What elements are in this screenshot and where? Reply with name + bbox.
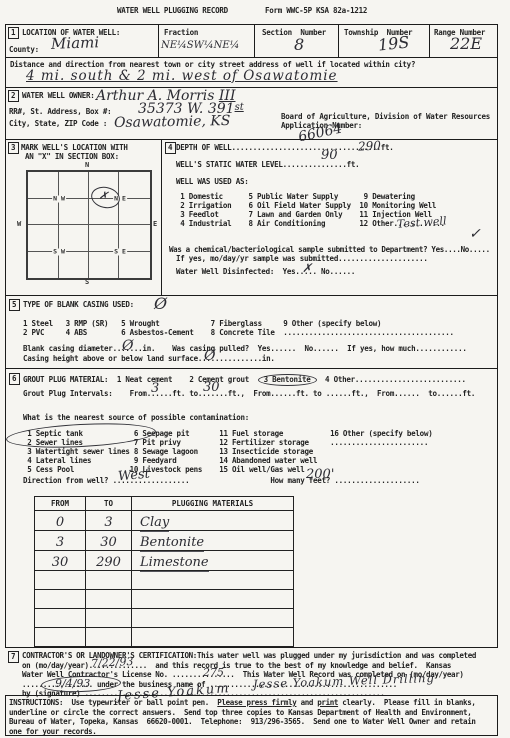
date-completed-value: 9/4/93 xyxy=(55,678,90,689)
instructions-underline-2: print xyxy=(317,698,338,707)
instructions-box: INSTRUCTIONS: Use typewriter or ball poi… xyxy=(5,695,498,736)
section-6-badge: 6 xyxy=(9,373,20,385)
distance-answer: 4 mi. south & 2 mi. west of Osawatomie xyxy=(26,70,338,84)
plugging-materials-table: FROM TO PLUGGING MATERIALS 0 3 Clay 3 30… xyxy=(34,496,294,647)
application-number-label: Application Number: xyxy=(281,121,362,131)
instructions-line-3: Bureau of Water, Topeka, Kansas 66620-00… xyxy=(9,717,476,727)
table-row xyxy=(35,571,294,590)
height-none-mark: Ø xyxy=(204,349,215,363)
section-7-badge: 7 xyxy=(8,651,19,663)
sample-no-mark: ✓ xyxy=(469,227,481,241)
section-map-depth: 3 MARK WELL'S LOCATION WITH AN "X" IN SE… xyxy=(5,139,498,296)
cell-from: 3 xyxy=(56,535,64,550)
contamination-row-5: 5 Cess Pool 10 Livestock pens 15 Oil wel… xyxy=(23,465,305,475)
table-row xyxy=(35,590,294,609)
casing-diameter-line: Blank casing diameter.......in. Was casi… xyxy=(23,344,467,354)
grid-label-nw: N W xyxy=(52,196,66,203)
interval-from-value: 3 xyxy=(151,382,159,395)
license-number-value: 275 xyxy=(203,667,224,678)
range-value: 22E xyxy=(450,36,482,52)
cell-to: 290 xyxy=(96,555,121,570)
compass-east: E xyxy=(153,220,157,228)
date-plugged-value: 7/22/93 xyxy=(91,656,134,669)
used-as-other-value: Test well xyxy=(397,215,447,229)
used-as-label: WELL WAS USED AS: xyxy=(176,177,249,187)
grid-line xyxy=(58,172,59,278)
fraction-label: Fraction xyxy=(164,28,198,38)
well-location-mark: ✗ xyxy=(98,189,109,201)
cell-material: Bentonite xyxy=(140,535,204,552)
map-title-2: AN "X" IN SECTION BOX: xyxy=(25,152,119,162)
address-label: RR#, St. Address, Box #: xyxy=(9,107,111,117)
city-label: City, State, ZIP Code : xyxy=(9,119,107,129)
section-3-badge: 3 xyxy=(8,142,19,154)
scanned-form-page: WATER WELL PLUGGING RECORD Form WWC-5P K… xyxy=(0,0,510,738)
city-value: Osawatomie, KS xyxy=(114,114,231,130)
header-materials: PLUGGING MATERIALS xyxy=(132,497,294,511)
owner-label: WATER WELL OWNER: xyxy=(22,91,95,101)
static-level-value: 90 xyxy=(321,149,338,162)
compass-north: N xyxy=(85,161,89,169)
divider xyxy=(429,25,430,57)
form-title: WATER WELL PLUGGING RECORD xyxy=(117,6,228,16)
header-to: TO xyxy=(86,497,132,511)
table-row xyxy=(35,628,294,647)
county-value: Miami xyxy=(51,35,100,52)
diameter-none-mark: Ø xyxy=(122,339,133,353)
section-map-box: 3 MARK WELL'S LOCATION WITH AN "X" IN SE… xyxy=(6,140,162,295)
cell-from: 30 xyxy=(52,555,69,570)
table-header-row: FROM TO PLUGGING MATERIALS xyxy=(35,497,294,511)
grid-line xyxy=(118,172,119,278)
grout-material-line: GROUT PLUG MATERIAL: 1 Neat cement 2 Cem… xyxy=(23,375,466,385)
direction-feet-line: Direction from well? .................. … xyxy=(23,476,420,486)
compass-south: S xyxy=(85,278,89,286)
instructions-line-4: one for your records. xyxy=(9,727,96,737)
instructions-text: clearly. Please fill in blanks, xyxy=(338,698,475,707)
section-5-badge: 5 xyxy=(9,299,20,311)
direction-value: West xyxy=(117,468,150,484)
grout-bentonite-circled: 3 Bentonite xyxy=(258,374,317,386)
instructions-text: and xyxy=(296,698,317,707)
feet-value: 200' xyxy=(306,468,334,481)
header-from: FROM xyxy=(35,497,86,511)
table-row: 30 290 Limestone xyxy=(35,551,294,571)
cell-to: 3 xyxy=(104,515,112,530)
address-suffix: st xyxy=(235,102,244,113)
cell-to: 30 xyxy=(100,535,117,550)
disinfected-yes-mark: ✗ xyxy=(302,262,312,274)
section-certification: 7 CONTRACTOR'S OR LANDOWNER'S CERTIFICAT… xyxy=(5,647,498,693)
instructions-text: INSTRUCTIONS: Use typewriter or ball poi… xyxy=(9,698,217,707)
grid-line xyxy=(28,224,150,225)
section-location: 1 LOCATION OF WATER WELL: County: Miami … xyxy=(5,24,498,58)
table-row: 3 30 Bentonite xyxy=(35,531,294,551)
depth-value: 290 xyxy=(358,139,382,152)
section-grout: 6 GROUT PLUG MATERIAL: 1 Neat cement 2 C… xyxy=(5,368,498,648)
divider xyxy=(158,25,159,57)
section-grid: N W N E S W S E N S W E ✗ xyxy=(26,170,152,280)
section-owner: 2 WATER WELL OWNER: Arthur A. Morris III… xyxy=(5,87,498,140)
form-number: Form WWC-5P xyxy=(265,6,312,16)
grid-line xyxy=(88,172,89,278)
section-4-badge: 4 xyxy=(165,142,176,154)
fraction-value: NE¼SW¼NE¼ xyxy=(161,41,239,51)
casing-title: TYPE OF BLANK CASING USED: xyxy=(23,300,134,310)
township-value: 19S xyxy=(377,34,410,53)
table-row xyxy=(35,609,294,628)
grout-suffix: 4 Other.......................... xyxy=(317,375,466,384)
casing-none-mark: Ø xyxy=(154,296,167,312)
instructions-line-1: INSTRUCTIONS: Use typewriter or ball poi… xyxy=(9,698,476,708)
grid-label-sw: S W xyxy=(52,249,66,256)
divider xyxy=(254,25,255,57)
instructions-underline-1: Please press firmly xyxy=(217,698,296,707)
form-statute: KSA 82a-1212 xyxy=(316,6,367,16)
grout-intervals-line: Grout Plug Intervals: From......ft. to..… xyxy=(23,389,475,399)
grid-line xyxy=(28,198,150,199)
disinfected-line: Water Well Disinfected: Yes..... No.....… xyxy=(176,267,355,277)
business-name-value: Jesse Yoakum Well Drilling xyxy=(253,673,435,691)
divider xyxy=(338,25,339,57)
cell-material: Clay xyxy=(140,515,169,532)
table-row: 0 3 Clay xyxy=(35,511,294,531)
casing-options-2: 2 PVC 4 ABS 6 Asbestos-Cement 8 Concrete… xyxy=(23,328,454,338)
section-1-badge: 1 xyxy=(8,27,19,39)
compass-west: W xyxy=(17,220,21,228)
grid-label-se: S E xyxy=(113,249,127,256)
interval-to-value: 30 xyxy=(203,381,220,394)
section-casing: 5 TYPE OF BLANK CASING USED: Ø 1 Steel 3… xyxy=(5,295,498,369)
cell-material: Limestone xyxy=(140,555,209,572)
cell-from: 0 xyxy=(56,515,64,530)
section-2-badge: 2 xyxy=(8,90,19,102)
contamination-question: What is the nearest source of possible c… xyxy=(23,413,249,423)
section-number-value: 8 xyxy=(294,37,304,53)
county-label: County: xyxy=(9,45,39,55)
distance-row: Distance and direction from nearest town… xyxy=(5,57,498,88)
grid-line xyxy=(28,251,150,252)
instructions-line-2: underline or circle the correct answers.… xyxy=(9,708,471,718)
grout-prefix: GROUT PLUG MATERIAL: 1 Neat cement 2 Cem… xyxy=(23,375,258,384)
casing-height-line: Casing height above or below land surfac… xyxy=(23,354,275,364)
certification-line-2: on (mo/day/year).............. and this … xyxy=(22,661,451,671)
